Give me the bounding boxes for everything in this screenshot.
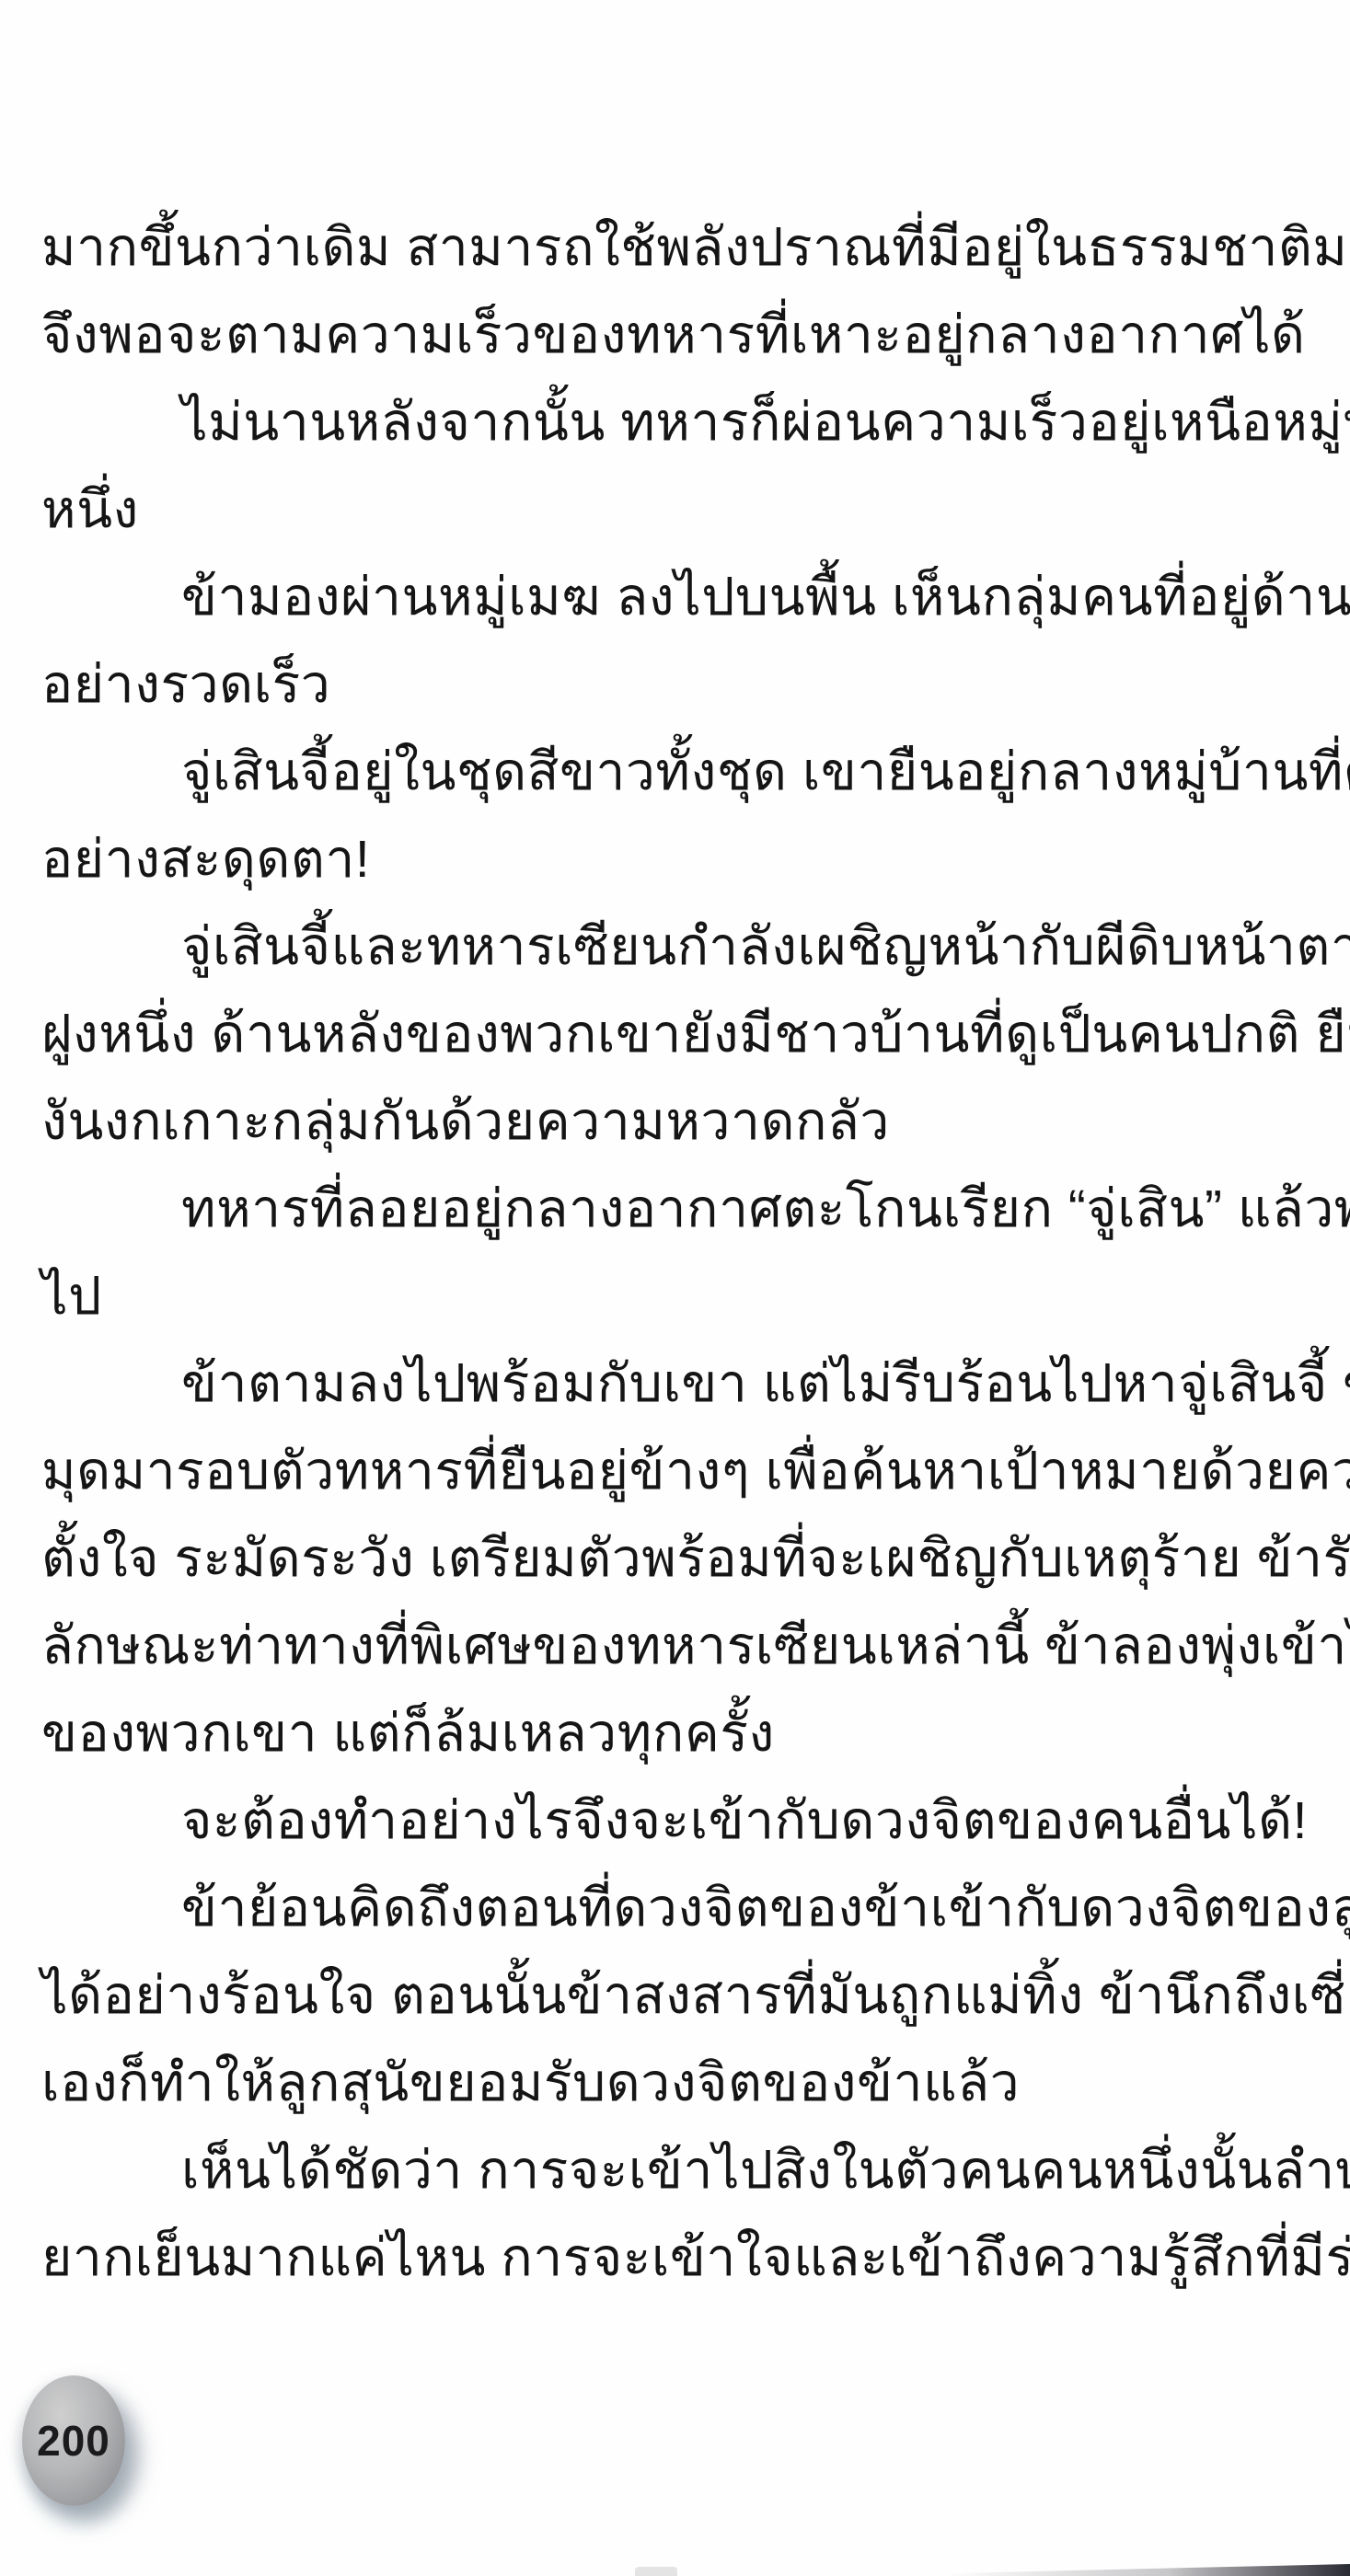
text-line: ของพวกเขา แต่ก็ล้มเหลวทุกครั้ง bbox=[41, 1690, 1315, 1777]
scan-edge-shadow bbox=[945, 2564, 1350, 2576]
page-number-badge: 200 bbox=[22, 2375, 125, 2506]
text-line: ข้าตามลงไปพร้อมกับเขา แต่ไม่รีบร้อนไปหาจ… bbox=[41, 1340, 1315, 1428]
text-line: ข้าย้อนคิดถึงตอนที่ดวงจิตของข้าเข้ากับดว… bbox=[41, 1865, 1315, 1952]
text-line: เองก็ทำให้ลูกสุนัขยอมรับดวงจิตของข้าแล้ว bbox=[41, 2040, 1315, 2127]
text-line: ไป bbox=[41, 1253, 1315, 1340]
text-line: จู่เสินจี้และทหารเซียนกำลังเผชิญหน้ากับผ… bbox=[41, 903, 1315, 991]
text-line: ยากเย็นมากแค่ไหน การจะเข้าใจและเข้าถึงคว… bbox=[41, 2214, 1315, 2302]
book-page: มากขึ้นกว่าเดิม สามารถใช้พลังปราณที่มีอย… bbox=[0, 0, 1350, 2576]
page-number: 200 bbox=[37, 2416, 110, 2466]
body-text: มากขึ้นกว่าเดิม สามารถใช้พลังปราณที่มีอย… bbox=[41, 204, 1315, 2302]
text-line: ตั้งใจ ระมัดระวัง เตรียมตัวพร้อมที่จะเผช… bbox=[41, 1515, 1315, 1603]
text-line: ลักษณะท่าทางที่พิเศษของทหารเซียนเหล่านี้… bbox=[41, 1603, 1315, 1690]
text-line: อย่างสะดุดตา! bbox=[41, 816, 1315, 903]
text-line: ฝูงหนึ่ง ด้านหลังของพวกเขายังมีชาวบ้านที… bbox=[41, 991, 1315, 1078]
text-line: อย่างรวดเร็ว bbox=[41, 641, 1315, 729]
text-line: ข้ามองผ่านหมู่เมฆ ลงไปบนพื้น เห็นกลุ่มคน… bbox=[41, 554, 1315, 641]
text-line: ได้อย่างร้อนใจ ตอนนั้นข้าสงสารที่มันถูกแ… bbox=[41, 1952, 1315, 2040]
scan-smudge bbox=[635, 2567, 677, 2576]
text-line: มุดมารอบตัวทหารที่ยืนอยู่ข้างๆ เพื่อค้นห… bbox=[41, 1428, 1315, 1515]
text-line: มากขึ้นกว่าเดิม สามารถใช้พลังปราณที่มีอย… bbox=[41, 204, 1315, 292]
text-line: ไม่นานหลังจากนั้น ทหารก็ผ่อนความเร็วอยู่… bbox=[41, 379, 1315, 466]
text-line: จู่เสินจี้อยู่ในชุดสีขาวทั้งชุด เขายืนอย… bbox=[41, 729, 1315, 816]
text-line: หนึ่ง bbox=[41, 466, 1315, 554]
text-line: เห็นได้ชัดว่า การจะเข้าไปสิงในตัวคนคนหนึ… bbox=[41, 2127, 1315, 2214]
text-line: ทหารที่ลอยอยู่กลางอากาศตะโกนเรียก “จู่เส… bbox=[41, 1166, 1315, 1253]
text-line: งันงกเกาะกลุ่มกันด้วยความหวาดกลัว bbox=[41, 1078, 1315, 1166]
text-line: จะต้องทำอย่างไรจึงจะเข้ากับดวงจิตของคนอื… bbox=[41, 1777, 1315, 1865]
text-line: จึงพอจะตามความเร็วของทหารที่เหาะอยู่กลาง… bbox=[41, 292, 1315, 379]
